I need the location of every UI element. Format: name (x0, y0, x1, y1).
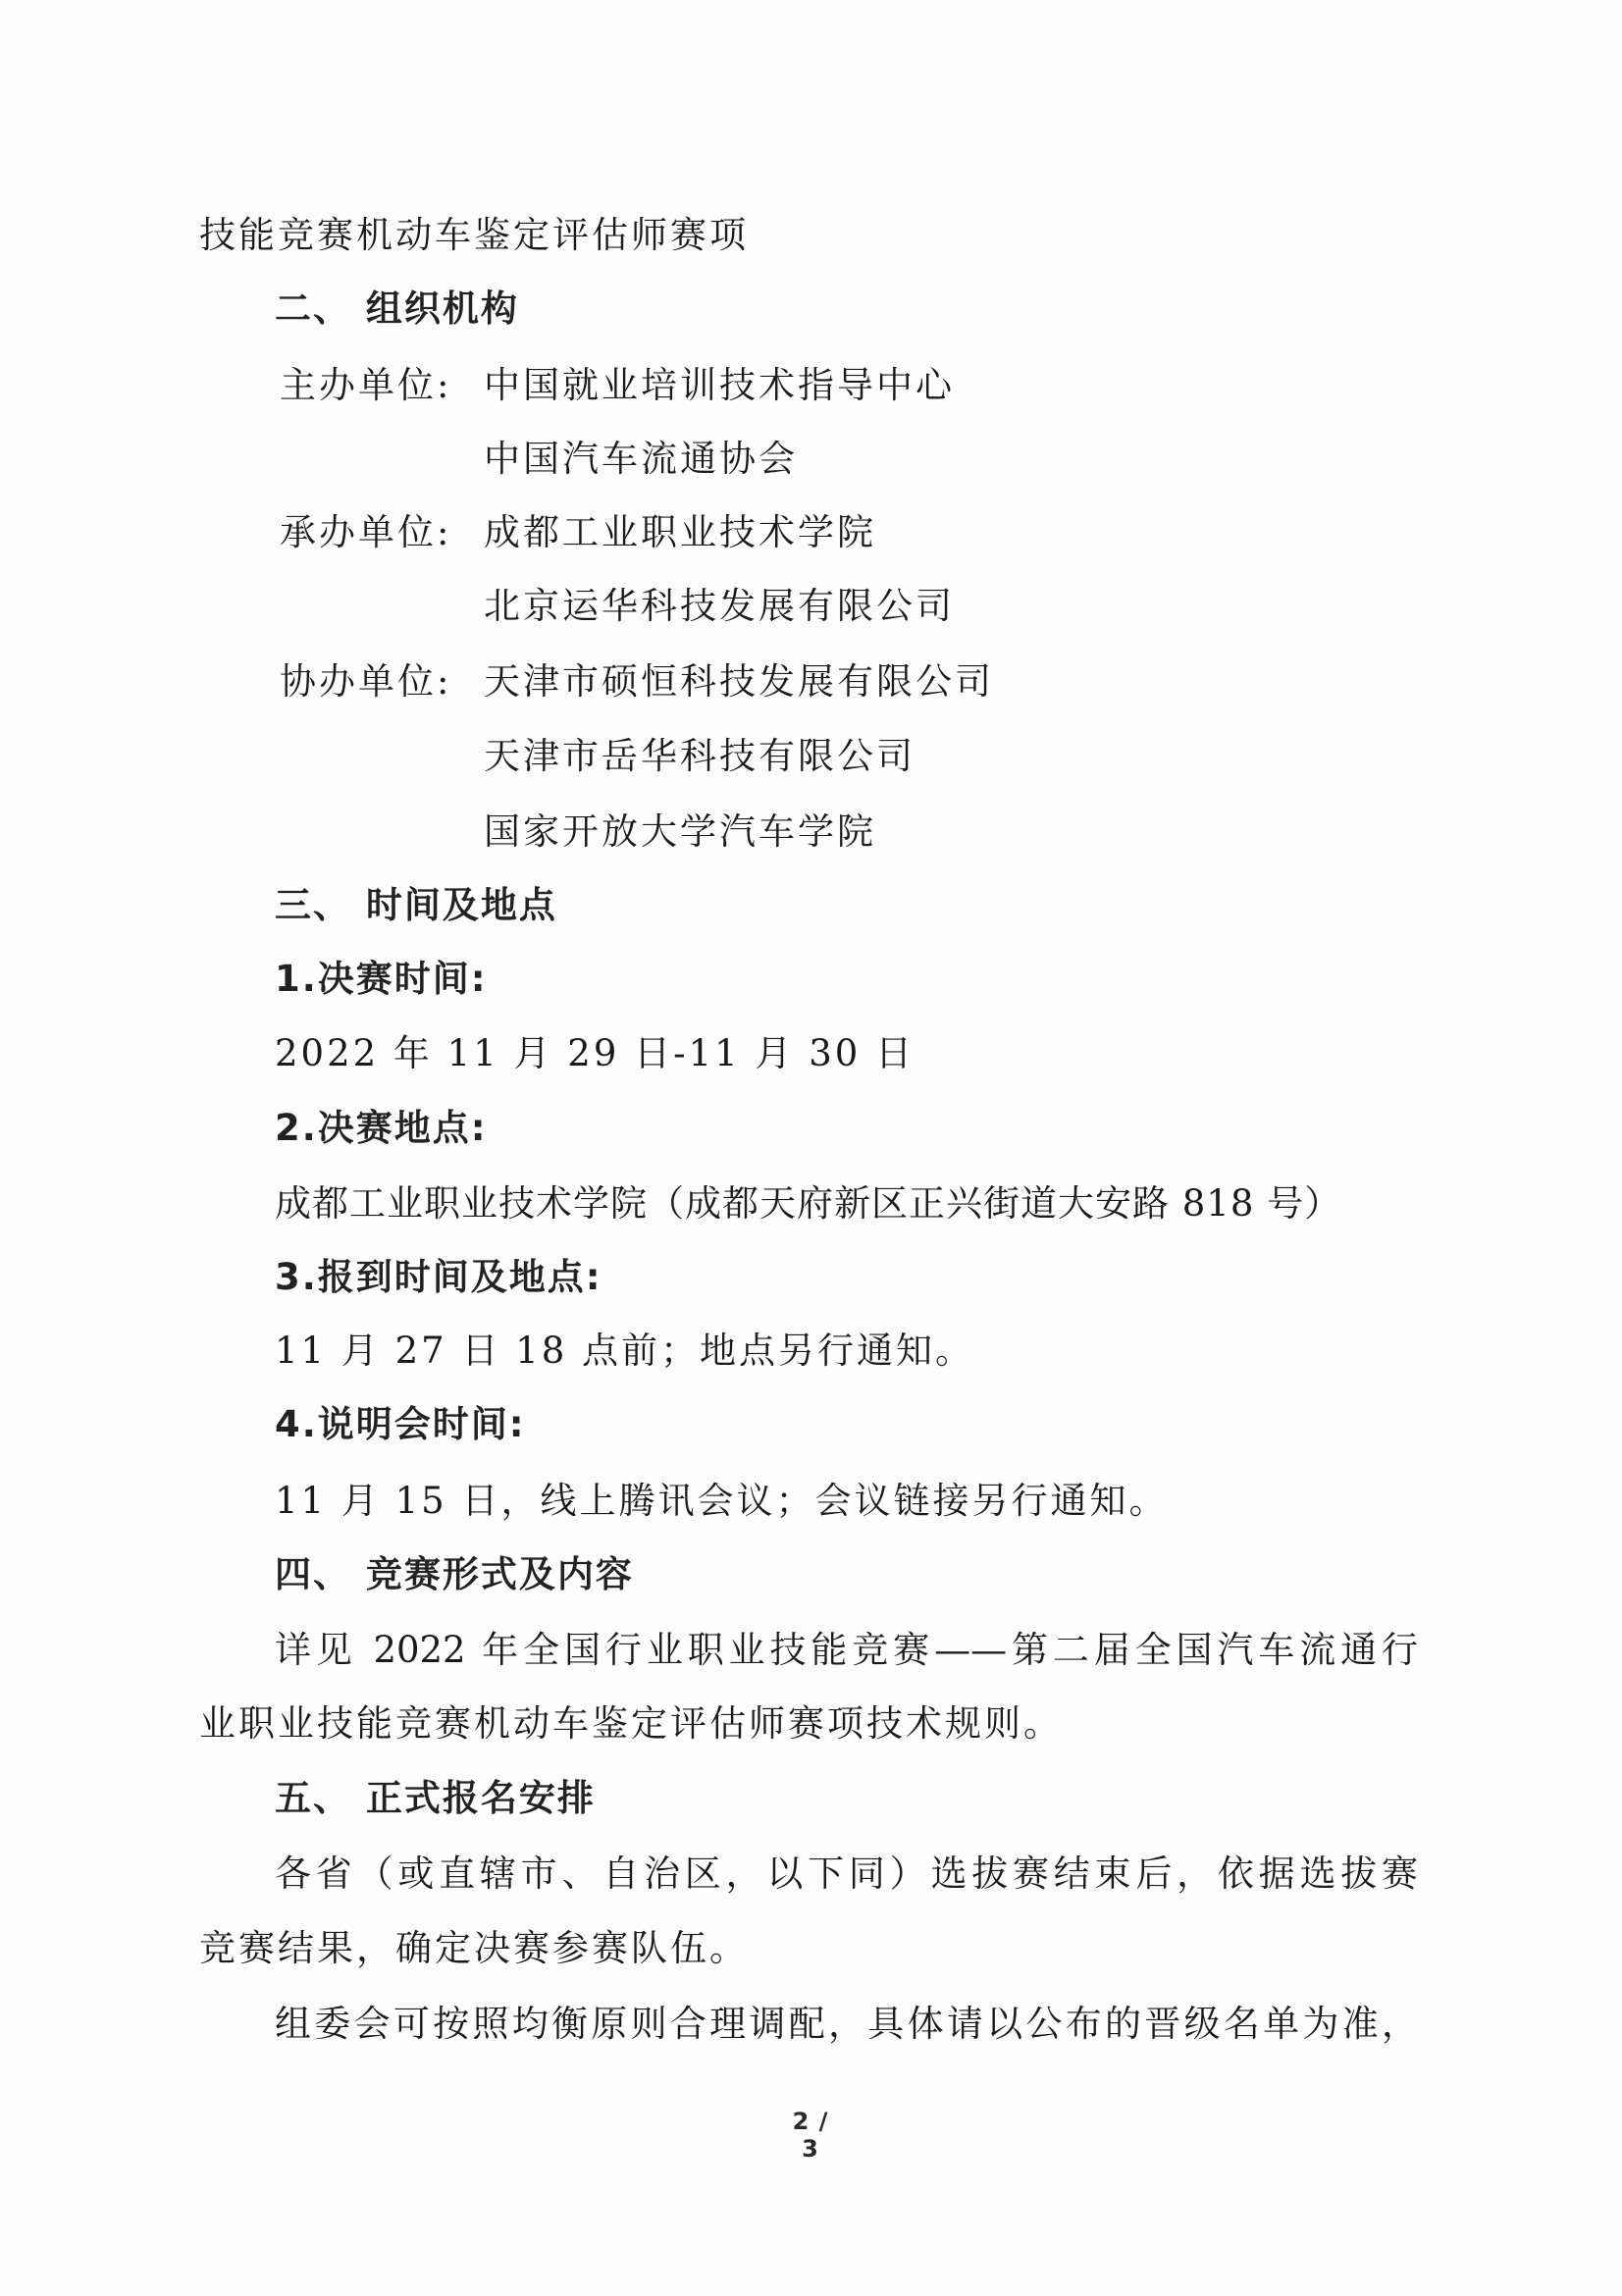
briefing-value: 11 月 15 日，线上腾讯会议；会议链接另行通知。 (275, 1480, 1168, 1523)
format-paragraph-line: 详见 2022 年全国行业职业技能竞赛——第二届全国汽车流通行 (275, 1629, 1418, 1672)
coorganizer-value: 天津市硕恒科技发展有限公司 (484, 660, 994, 703)
registration-paragraph-line: 组委会可按照均衡原则合理调配，具体请以公布的晋级名单为准， (275, 2003, 1418, 2046)
subheading-final-location: 2.决赛地点: (275, 1107, 488, 1150)
organizer-label: 承办单位: (280, 511, 484, 554)
coorganizer-value: 国家开放大学汽车学院 (484, 810, 876, 854)
section-heading-time-place: 三、 时间及地点 (275, 884, 557, 927)
host-value: 中国就业培训技术指导中心 (484, 364, 955, 406)
subheading-briefing: 4.说明会时间: (275, 1403, 526, 1446)
section-heading-format: 四、 竞赛形式及内容 (275, 1553, 634, 1596)
subheading-checkin: 3.报到时间及地点: (275, 1256, 602, 1299)
subheading-final-time: 1.决赛时间: (275, 958, 488, 1001)
host-value: 中国汽车流通协会 (484, 438, 798, 481)
coorganizer-value: 天津市岳华科技有限公司 (484, 735, 916, 778)
organizer-row: 承办单位:成都工业职业技术学院 (280, 511, 876, 554)
format-paragraph-line: 业职业技能竞赛机动车鉴定评估师赛项技术规则。 (199, 1702, 1063, 1746)
host-label: 主办单位: (280, 364, 484, 407)
coorganizer-row: 协办单位:天津市硕恒科技发展有限公司 (280, 660, 994, 704)
registration-paragraph-line: 竞赛结果，确定决赛参赛队伍。 (199, 1927, 749, 1970)
host-row: 主办单位:中国就业培训技术指导中心 (280, 364, 955, 407)
document-page: 技能竞赛机动车鉴定评估师赛项 二、 组织机构 主办单位:中国就业培训技术指导中心… (0, 0, 1622, 2296)
final-location-value: 成都工业职业技术学院（成都天府新区正兴街道大安路 818 号） (275, 1182, 1341, 1226)
coorganizer-label: 协办单位: (280, 660, 484, 704)
section-heading-organization: 二、 组织机构 (275, 287, 519, 331)
final-time-value: 2022 年 11 月 29 日-11 月 30 日 (275, 1032, 915, 1075)
checkin-value: 11 月 27 日 18 点前；地点另行通知。 (275, 1330, 974, 1373)
organizer-value: 北京运华科技发展有限公司 (484, 585, 955, 628)
organizer-value: 成都工业职业技术学院 (484, 511, 876, 553)
page-number: 2 / 3 (781, 2108, 840, 2163)
section-heading-registration: 五、 正式报名安排 (275, 1777, 596, 1820)
continuation-line: 技能竞赛机动车鉴定评估师赛项 (199, 214, 749, 257)
registration-paragraph-line: 各省（或直辖市、自治区，以下同）选拔赛结束后，依据选拔赛 (275, 1852, 1418, 1896)
